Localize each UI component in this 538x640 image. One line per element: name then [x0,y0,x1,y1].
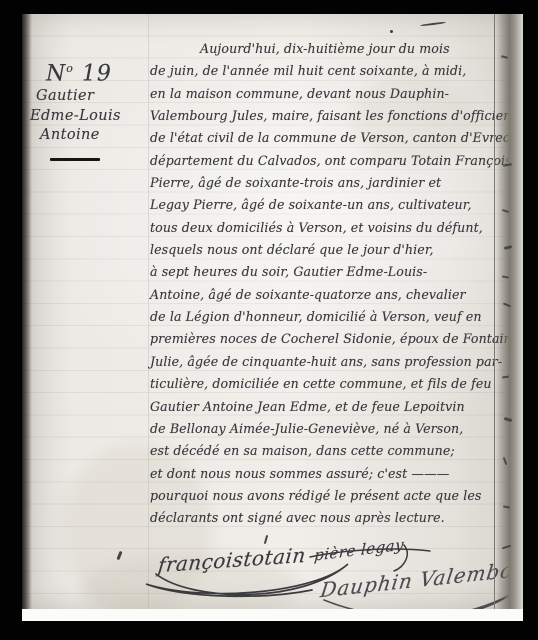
act-line: de l'état civil de la commune de Verson,… [150,127,506,149]
act-line: premières noces de Cocherel Sidonie, épo… [150,328,506,350]
act-line: de juin, de l'année mil huit cent soixan… [150,60,506,82]
act-line: Gautier Antoine Jean Edme, et de feue Le… [150,396,506,418]
scanned-register-page: No 19 Gautier Edme-Louis Antoine Aujourd… [0,0,538,640]
margin-underline [50,158,100,161]
act-line: déclarants ont signé avec nous après lec… [150,507,506,529]
act-line: Pierre, âgé de soixante-trois ans, jardi… [150,172,506,194]
act-line: département du Calvados, ont comparu Tot… [150,150,506,172]
signature-legay: pière legay [314,541,404,559]
act-line: Antoine, âgé de soixante-quatorze ans, c… [150,284,506,306]
margin-note: No 19 Gautier Edme-Louis Antoine [30,56,148,146]
signature-legay-text: pière legay [314,535,405,564]
stray-ink-mark [420,21,446,26]
act-line: et dont nous nous sommes assuré; c'est —… [150,463,506,485]
signature-totain: françoistotain [158,548,306,572]
act-line: est décédé en sa maison, dans cette comm… [150,440,506,462]
act-line: pourquoi nous avons rédigé le présent ac… [150,485,506,507]
scan-backing: No 19 Gautier Edme-Louis Antoine Aujourd… [22,14,523,621]
act-number-value: 19 [82,61,112,86]
stray-ink-mark [264,535,268,544]
deceased-given-names: Edme-Louis [30,107,148,127]
act-line: ticulière, domiciliée en cette commune, … [150,373,506,395]
act-line: Aujourd'hui, dix-huitième jour du mois [150,38,506,60]
binding-edge [494,14,523,609]
stray-ink-mark [390,30,393,33]
act-line: Julie, âgée de cinquante-huit ans, sans … [150,351,506,373]
act-line: tous deux domiciliés à Verson, et voisin… [150,217,506,239]
signature-valembourg: Dauphin Valembourg [320,566,523,590]
act-line: Valembourg Jules, maire, faisant les fon… [150,105,506,127]
act-line: lesquels nous ont déclaré que le jour d'… [150,239,506,261]
register-paper: No 19 Gautier Edme-Louis Antoine Aujourd… [22,14,523,609]
act-line: Legay Pierre, âgé de soixante-un ans, cu… [150,194,506,216]
act-line: de Bellonay Aimée-Julie-Geneviève, né à … [150,418,506,440]
act-number-ordinal: o [66,62,74,75]
act-line: en la maison commune, devant nous Dauphi… [150,83,506,105]
act-line: à sept heures du soir, Gautier Edme-Loui… [150,261,506,283]
deceased-given-names: Antoine [30,126,148,146]
act-number: No 19 [30,56,148,87]
act-text: Aujourd'hui, dix-huitième jour du mois d… [150,38,506,530]
signature-valembourg-text: Dauphin Valembourg [319,554,523,603]
deceased-surname: Gautier [30,87,148,107]
act-number-prefix: N [46,61,66,86]
act-line: de la Légion d'honneur, domicilié à Vers… [150,306,506,328]
